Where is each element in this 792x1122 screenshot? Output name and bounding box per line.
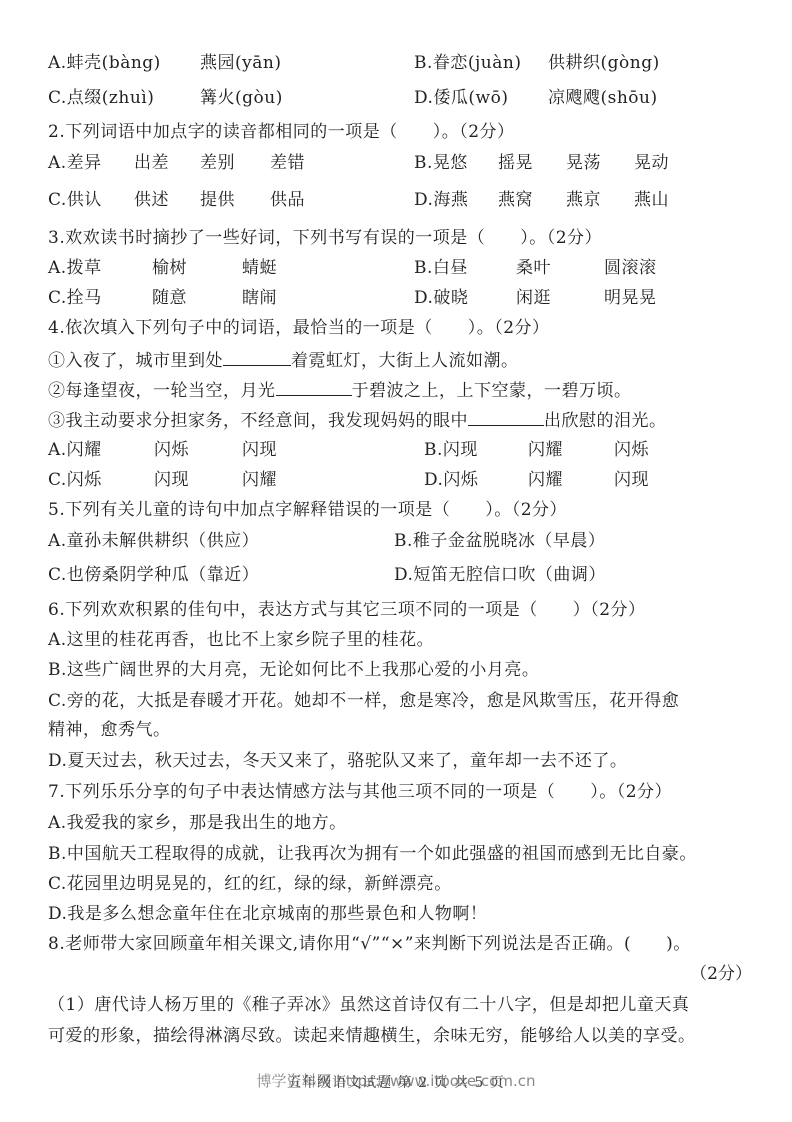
q5-stem: 5.下列有关儿童的诗句中加点字解释错误的一项是（ ）。（2分） <box>48 499 567 521</box>
q4-sentence-1: ①入夜了，城市里到处着霓虹灯，大街上人流如潮。 <box>48 349 519 372</box>
q2-c-3: 提供 <box>200 189 235 211</box>
q4-s1-after: 着霓虹灯，大街上人流如潮。 <box>291 351 519 371</box>
q1-option-c-word2: 篝火(gòu) <box>200 87 283 109</box>
q3-c-2: 随意 <box>152 287 187 309</box>
q2-a-4: 差错 <box>270 152 305 174</box>
q5-option-b: B.稚子金盆脱晓冰（早晨） <box>394 530 605 552</box>
q3-a-1: A.拨草 <box>48 257 102 279</box>
q2-a-3: 差别 <box>200 152 235 174</box>
q4-c-1: C.闪烁 <box>48 469 102 491</box>
q8-stem: 8.老师带大家回顾童年相关课文,请你用“√”“×”来判断下列说法是否正确。( )… <box>48 933 691 955</box>
q3-d-2: 闲逛 <box>516 287 551 309</box>
q6-option-b: B.这些广阔世界的大月亮，无论如何比不上我那心爱的小月亮。 <box>48 659 539 681</box>
q4-b-3: 闪烁 <box>614 439 649 461</box>
q2-d-4: 燕山 <box>634 189 669 211</box>
q6-option-d: D.夏天过去，秋天过去，冬天又来了，骆驼队又来了，童年却一去不还了。 <box>48 750 627 772</box>
q3-c-3: 瞎闹 <box>242 287 277 309</box>
q2-c-2: 供述 <box>134 189 169 211</box>
q7-option-c: C.花园里边明晃晃的，红的红，绿的绿，新鲜漂亮。 <box>48 873 452 895</box>
q2-stem: 2.下列词语中加点字的读音都相同的一项是（ ）。（2分） <box>48 121 515 143</box>
q7-stem: 7.下列乐乐分享的句子中表达情感方法与其他三项不同的一项是（ ）。（2分） <box>48 781 672 803</box>
q4-c-3: 闪耀 <box>242 469 277 491</box>
q3-stem: 3.欢欢读书时摘抄了一些好词，下列书写有误的一项是（ ）。（2分） <box>48 227 602 249</box>
q2-b-1: B.晃悠 <box>414 152 468 174</box>
q8-item1-line1: （1）唐代诗人杨万里的《稚子弄冰》虽然这首诗仅有二十八字，但是却把儿童天真 <box>48 994 689 1016</box>
q4-c-2: 闪现 <box>154 469 189 491</box>
q4-s1-before: ①入夜了，城市里到处 <box>48 351 223 371</box>
q2-d-1: D.海燕 <box>414 189 468 211</box>
q1-option-c-word1: C.点缀(zhuì) <box>48 87 154 109</box>
q4-stem: 4.依次填入下列句子中的词语，最恰当的一项是（ ）。（2分） <box>48 317 550 339</box>
q6-option-c-line1: C.旁的花，大抵是春暖才开花。她却不一样，愈是寒冷，愈是风欺雪压，花开得愈 <box>48 690 679 712</box>
q8-score: （2分） <box>690 963 752 985</box>
q2-c-4: 供品 <box>270 189 305 211</box>
q4-d-1: D.闪烁 <box>424 469 478 491</box>
q4-sentence-2: ②每逢望夜，一轮当空，月光于碧波之上，上下空蒙，一碧万顷。 <box>48 379 632 402</box>
q1-option-b-word2: 供耕织(gòng) <box>548 52 660 74</box>
q3-b-2: 桑叶 <box>516 257 551 279</box>
q1-option-d-word2: 凉飕飕(shōu) <box>548 87 658 109</box>
q2-d-2: 燕窝 <box>498 189 533 211</box>
q1-option-d-word1: D.倭瓜(wō) <box>414 87 508 109</box>
fill-blank-2[interactable] <box>276 379 352 396</box>
q4-s3-after: 出欣慰的泪光。 <box>544 411 667 431</box>
q4-a-1: A.闪耀 <box>48 439 102 461</box>
q1-option-a-word2: 燕园(yān) <box>200 52 281 74</box>
q4-d-2: 闪耀 <box>528 469 563 491</box>
q2-c-1: C.供认 <box>48 189 102 211</box>
q4-s3-before: ③我主动要求分担家务，不经意间，我发现妈妈的眼中 <box>48 411 468 431</box>
q7-option-b: B.中国航天工程取得的成就，让我再次为拥有一个如此强盛的祖国而感到无比自豪。 <box>48 843 697 865</box>
q4-s2-after: 于碧波之上，上下空蒙，一碧万顷。 <box>352 381 632 401</box>
q2-d-3: 燕京 <box>566 189 601 211</box>
q3-a-2: 榆树 <box>152 257 187 279</box>
q3-b-1: B.白昼 <box>414 257 468 279</box>
q4-b-2: 闪耀 <box>528 439 563 461</box>
q7-option-d: D.我是多么想念童年住在北京城南的那些景色和人物啊！ <box>48 903 487 925</box>
q4-a-2: 闪烁 <box>154 439 189 461</box>
q2-b-3: 晃荡 <box>566 152 601 174</box>
q7-option-a: A.我爱我的家乡，那是我出生的地方。 <box>48 812 347 834</box>
q4-a-3: 闪现 <box>242 439 277 461</box>
q5-option-a: A.童孙未解供耕织（供应） <box>48 530 259 552</box>
q4-d-3: 闪现 <box>614 469 649 491</box>
q2-a-2: 出差 <box>134 152 169 174</box>
q8-item1-line2: 可爱的形象，描绘得淋漓尽致。读起来情趣横生，余味无穷，能够给人以美的享受。 <box>48 1025 696 1047</box>
q3-d-1: D.破晓 <box>414 287 468 309</box>
q6-option-c-line2: 精神，愈秀气。 <box>48 719 171 741</box>
q3-b-3: 圆滚滚 <box>604 257 657 279</box>
q3-a-3: 蜻蜓 <box>242 257 277 279</box>
q5-option-c: C.也傍桑阴学种瓜（靠近） <box>48 564 259 586</box>
q4-b-1: B.闪现 <box>424 439 478 461</box>
q3-c-1: C.拴马 <box>48 287 102 309</box>
q1-option-a-word1: A.蚌壳(bàng) <box>48 52 161 74</box>
q6-option-a: A.这里的桂花再香，也比不上家乡院子里的桂花。 <box>48 629 434 651</box>
q2-b-4: 晃动 <box>634 152 669 174</box>
page-info: 五年级语文试题 第 2 页 共 5 页 <box>0 1072 792 1092</box>
q2-b-2: 摇晃 <box>498 152 533 174</box>
q5-option-d: D.短笛无腔信口吹（曲调） <box>394 564 606 586</box>
q2-a-1: A.差异 <box>48 152 102 174</box>
q4-sentence-3: ③我主动要求分担家务，不经意间，我发现妈妈的眼中出欣慰的泪光。 <box>48 409 667 432</box>
fill-blank-3[interactable] <box>468 409 544 426</box>
q4-s2-before: ②每逢望夜，一轮当空，月光 <box>48 381 276 401</box>
q6-stem: 6.下列欢欢积累的佳句中，表达方式与其它三项不同的一项是（ ）（2分） <box>48 599 646 621</box>
fill-blank-1[interactable] <box>223 349 291 366</box>
q1-option-b-word1: B.眷恋(juàn) <box>414 52 521 74</box>
q3-d-3: 明晃晃 <box>604 287 657 309</box>
